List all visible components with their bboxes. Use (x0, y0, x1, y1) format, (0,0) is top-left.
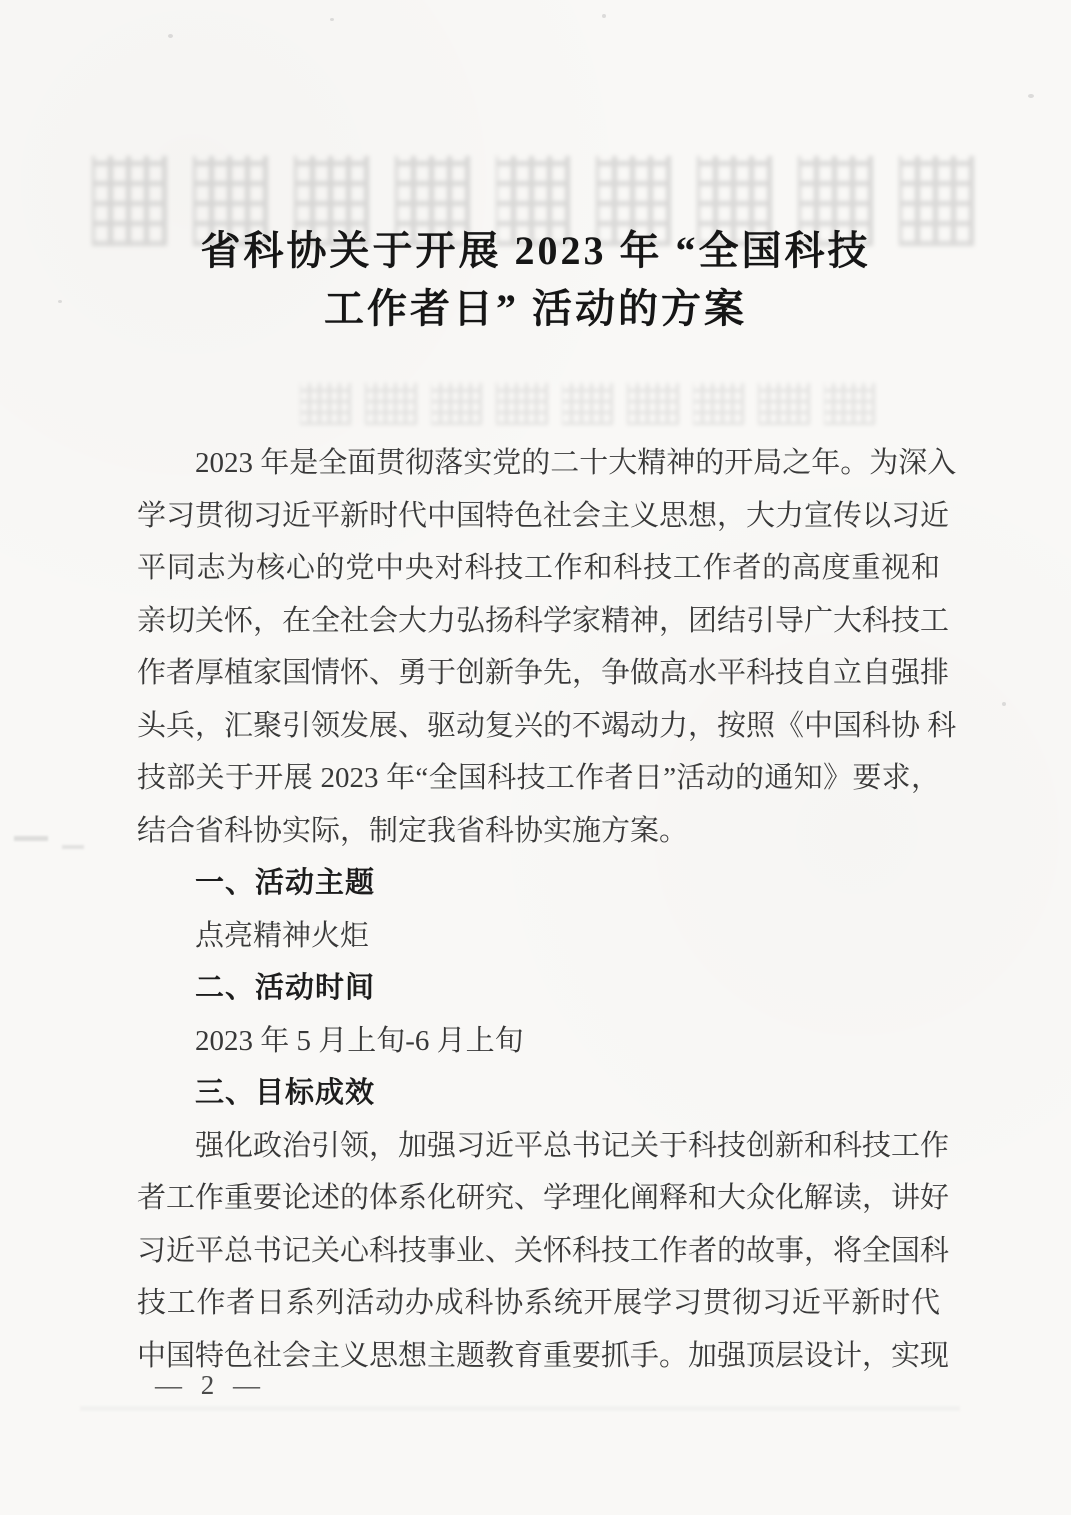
intro-paragraph-line: 亲切关怀，在全社会大力弘扬科学家精神，团结引导广大科技工 (137, 595, 940, 648)
scan-smudge (62, 845, 84, 849)
goals-paragraph-line: 者工作重要论述的体系化研究、学理化阐释和大众化解读，讲好 (137, 1172, 940, 1225)
scan-speck (58, 300, 62, 303)
intro-paragraph-line: 学习贯彻习近平新时代中国特色社会主义思想，大力宣传以习近 (137, 490, 940, 543)
document-title-line2: 工作者日” 活动的方案 (0, 280, 1071, 338)
scanned-document-page: 省科协关于开展 2023 年 “全国科技 工作者日” 活动的方案 2023 年是… (0, 0, 1071, 1515)
goals-paragraph-line: 强化政治引领，加强习近平总书记关于科技创新和科技工作 (137, 1120, 940, 1173)
scan-speck (1028, 94, 1034, 98)
section-1-heading: 一、活动主题 (137, 857, 940, 910)
document-body: 2023 年是全面贯彻落实党的二十大精神的开局之年。为深入 学习贯彻习近平新时代… (137, 437, 940, 1382)
scan-smudge (80, 1406, 960, 1411)
section-2-body: 2023 年 5 月上旬-6 月上旬 (137, 1015, 940, 1068)
intro-paragraph-line: 2023 年是全面贯彻落实党的二十大精神的开局之年。为深入 (137, 437, 940, 490)
scan-speck (330, 18, 334, 21)
page-number: — 2 — (155, 1368, 266, 1402)
bleedthrough-text-middle (300, 383, 875, 425)
scan-speck (168, 34, 173, 38)
intro-paragraph-line: 作者厚植家国情怀、勇于创新争先，争做高水平科技自立自强排 (137, 647, 940, 700)
document-title: 省科协关于开展 2023 年 “全国科技 工作者日” 活动的方案 (0, 222, 1071, 338)
document-title-line1: 省科协关于开展 2023 年 “全国科技 (0, 222, 1071, 280)
goals-paragraph-line: 技工作者日系列活动办成科协系统开展学习贯彻习近平新时代 (137, 1277, 940, 1330)
intro-paragraph-line: 头兵，汇聚引领发展、驱动复兴的不竭动力，按照《中国科协 科 (137, 700, 940, 753)
scan-smudge (14, 836, 48, 841)
goals-paragraph-line: 习近平总书记关心科技事业、关怀科技工作者的故事，将全国科 (137, 1225, 940, 1278)
scan-speck (602, 14, 606, 18)
intro-paragraph-line: 结合省科协实际，制定我省科协实施方案。 (137, 805, 940, 858)
scan-speck (1002, 702, 1006, 706)
intro-paragraph-line: 平同志为核心的党中央对科技工作和科技工作者的高度重视和 (137, 542, 940, 595)
intro-paragraph-line: 技部关于开展 2023 年“全国科技工作者日”活动的通知》要求， (137, 752, 940, 805)
section-1-body: 点亮精神火炬 (137, 910, 940, 963)
section-2-heading: 二、活动时间 (137, 962, 940, 1015)
section-3-heading: 三、目标成效 (137, 1067, 940, 1120)
